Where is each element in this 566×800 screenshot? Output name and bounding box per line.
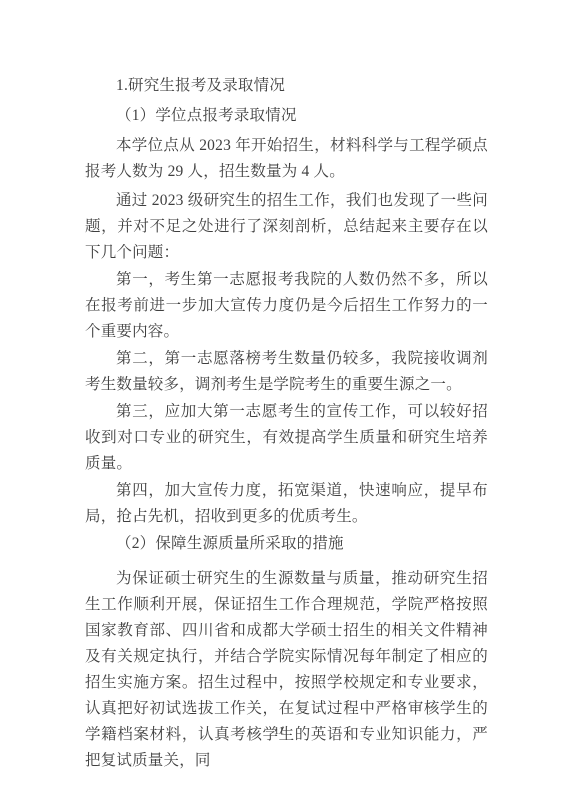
- paragraph: 第三，应加大第一志愿考生的宣传工作，可以较好招收到对口专业的研究生，有效提高学生…: [85, 399, 488, 477]
- paragraph: 第二，第一志愿落榜考生数量仍较多，我院接收调剂考生数量较多，调剂考生是学院考生的…: [85, 346, 488, 398]
- subsection-heading-2: （2）保障生源质量所采取的措施: [85, 531, 488, 557]
- document-page: 1.研究生报考及录取情况 （1）学位点报考录取情况 本学位点从 2023 年开始…: [0, 0, 566, 800]
- section-heading: 1.研究生报考及录取情况: [85, 73, 488, 99]
- subsection-heading-1: （1）学位点报考录取情况: [85, 103, 488, 129]
- paragraph: 为保证硕士研究生的生源数量与质量，推动研究生招生工作顺利开展，保证招生工作合理规…: [85, 566, 488, 774]
- paragraph: 通过 2023 级研究生的招生工作，我们也发现了一些问题，并对不足之处进行了深刻…: [85, 188, 488, 266]
- paragraph: 第四，加大宣传力度，拓宽渠道，快速响应，提早布局，抢占先机，招收到更多的优质考生…: [85, 478, 488, 530]
- document-content: 1.研究生报考及录取情况 （1）学位点报考录取情况 本学位点从 2023 年开始…: [85, 73, 488, 774]
- paragraph: 本学位点从 2023 年开始招生，材料科学与工程学硕点报考人数为 29 人，招生…: [85, 133, 488, 185]
- page-number: 11: [0, 724, 558, 738]
- paragraph: 第一，考生第一志愿报考我院的人数仍然不多，所以在报考前进一步加大宣传力度仍是今后…: [85, 267, 488, 345]
